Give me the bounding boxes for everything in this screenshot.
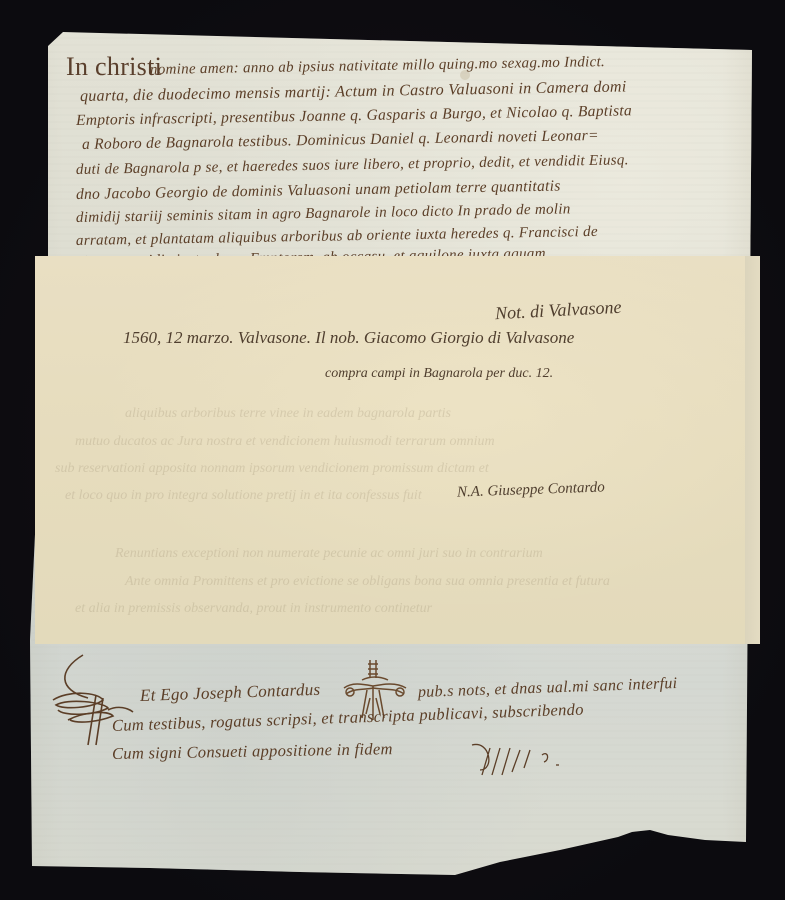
note-signature: N.A. Giuseppe Contardo	[457, 479, 605, 501]
bleed-through-text: sub reservationi apposita nonnam ipsorum…	[55, 461, 489, 477]
bleed-through-text: aliquibus arboribus terre vinee in eadem…	[125, 406, 451, 422]
note-line-1: 1560, 12 marzo. Valvasone. Il nob. Giaco…	[123, 328, 574, 348]
bleed-through-text: mutuo ducatos ac Jura nostra et vendicio…	[75, 434, 495, 450]
bleed-through-text: Ante omnia Promittens et pro evictione s…	[125, 574, 610, 590]
note-slip: aliquibus arboribus terre vinee in eadem…	[35, 256, 760, 644]
note-slip-edge	[745, 256, 760, 644]
bleed-through-text: et alia in premissis observanda, prout i…	[75, 601, 432, 617]
note-line-2: compra campi in Bagnarola per duc. 12.	[325, 366, 553, 382]
note-heading: Not. di Valvasone	[495, 297, 622, 325]
bleed-through-text: Renuntians exceptioni non numerate pecun…	[115, 546, 543, 562]
opening-invocation: In christi	[66, 52, 162, 82]
signature-scribble-icon	[470, 740, 560, 780]
bleed-through-text: et loco quo in pro integra solutione pre…	[65, 488, 422, 504]
